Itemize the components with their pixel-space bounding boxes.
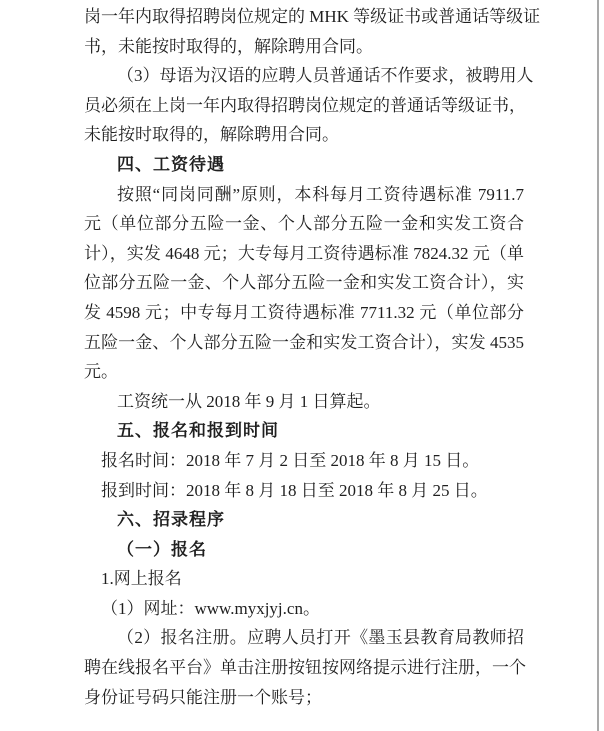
text-line: 岗一年内取得招聘岗位规定的 MHK 等级证书或普通话等级证 [84, 2, 524, 32]
text-line: （2）报名注册。应聘人员打开《墨玉县教育局教师招 [84, 623, 524, 653]
page-right-border [597, 0, 599, 731]
heading-line: 五、报名和报到时间 [84, 416, 524, 446]
text-line: 位部分五险一金、个人部分五险一金和实发工资合计），实 [84, 268, 524, 298]
text-line: 按照“同岗同酬”原则，本科每月工资待遇标准 7911.7 [84, 180, 524, 210]
text-line: 员必须在上岗一年内取得招聘岗位规定的普通话等级证书， [84, 91, 524, 121]
text-line: （3）母语为汉语的应聘人员普通话不作要求，被聘用人 [84, 61, 524, 91]
text-line: 发 4598 元；中专每月工资待遇标准 7711.32 元（单位部分 [84, 298, 524, 328]
text-line: 工资统一从 2018 年 9 月 1 日算起。 [84, 387, 524, 417]
text-line: 1.网上报名 [84, 564, 524, 594]
text-line: 书，未能按时取得的，解除聘用合同。 [84, 32, 524, 62]
text-line: 计），实发 4648 元；大专每月工资待遇标准 7824.32 元（单 [84, 239, 524, 269]
text-line: 五险一金、个人部分五险一金和实发工资合计），实发 4535 [84, 328, 524, 358]
text-line: （1）网址：www.myxjyj.cn。 [84, 594, 524, 624]
text-line: 报名时间：2018 年 7 月 2 日至 2018 年 8 月 15 日。 [84, 446, 524, 476]
text-line: 报到时间：2018 年 8 月 18 日至 2018 年 8 月 25 日。 [84, 476, 524, 506]
text-line: 元（单位部分五险一金、个人部分五险一金和实发工资合 [84, 209, 524, 239]
heading-line: 四、工资待遇 [84, 150, 524, 180]
text-line: 未能按时取得的，解除聘用合同。 [84, 120, 524, 150]
document-page: 岗一年内取得招聘岗位规定的 MHK 等级证书或普通话等级证书，未能按时取得的，解… [0, 0, 604, 731]
text-line: 元。 [84, 357, 524, 387]
heading-line: （一）报名 [84, 535, 524, 565]
text-line: 身份证号码只能注册一个账号； [84, 683, 524, 713]
text-line: 聘在线报名平台》单击注册按钮按网络提示进行注册，一个 [84, 653, 524, 683]
document-body: 岗一年内取得招聘岗位规定的 MHK 等级证书或普通话等级证书，未能按时取得的，解… [84, 2, 524, 712]
heading-line: 六、招录程序 [84, 505, 524, 535]
